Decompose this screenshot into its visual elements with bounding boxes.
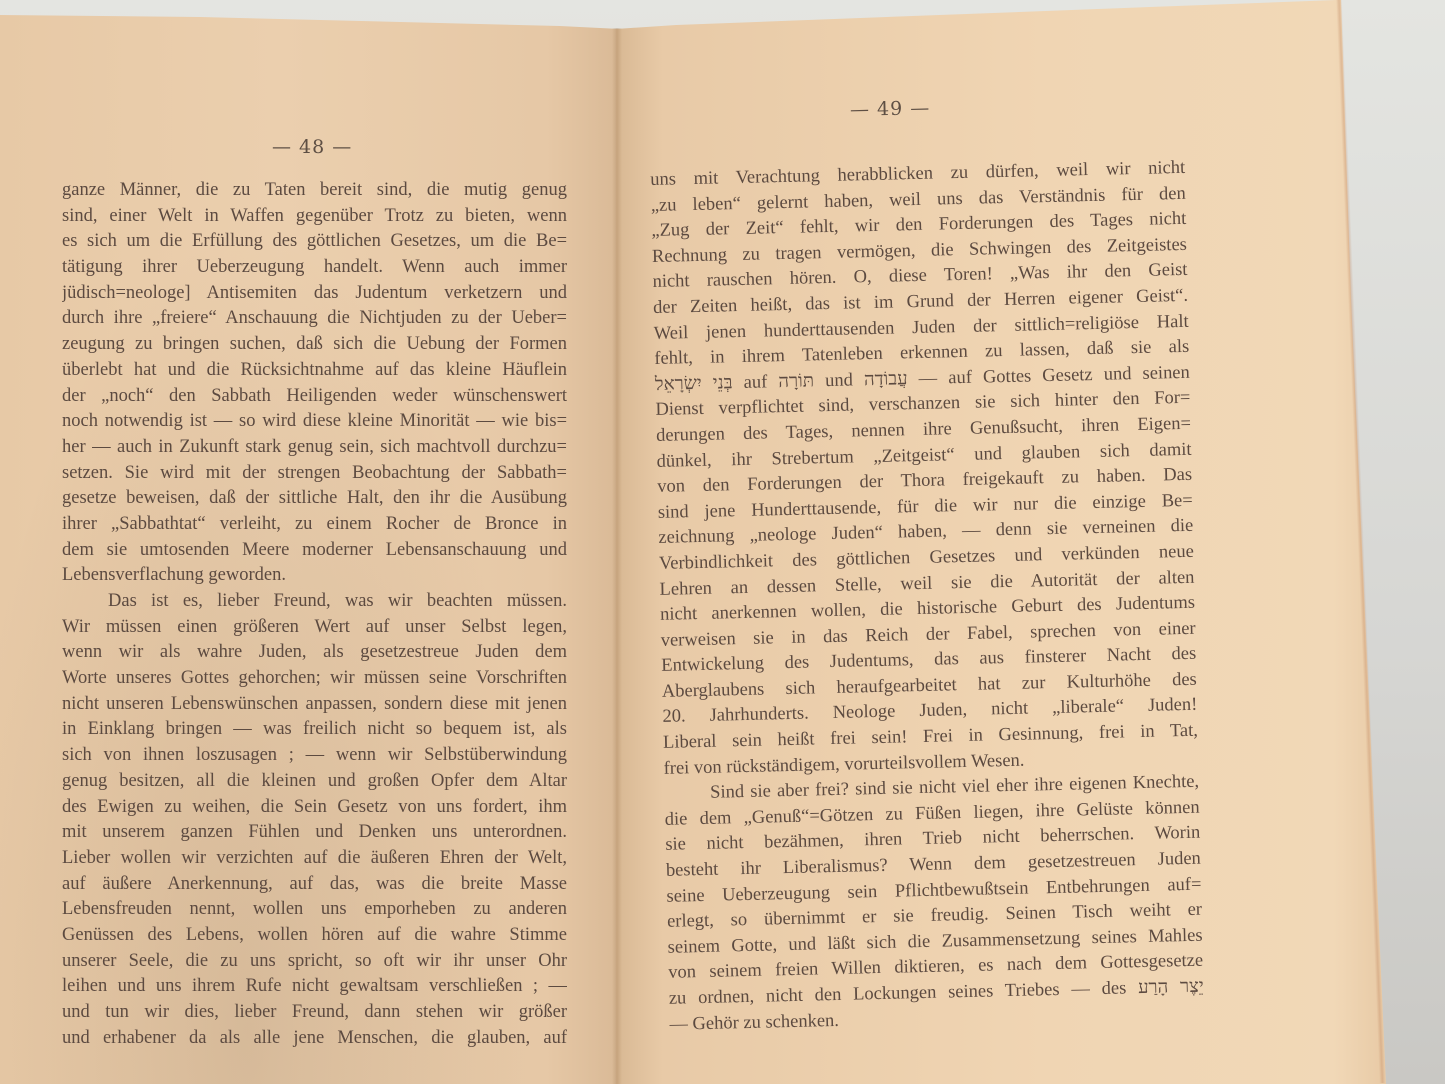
- text-line: genug besitzen, all die kleinen und groß…: [62, 769, 567, 795]
- text-line: und erhabener da als alle jene Menschen,…: [62, 1026, 567, 1052]
- left-page-text: ganze Männer, die zu Taten bereit sind, …: [62, 178, 567, 1051]
- text-line: ganze Männer, die zu Taten bereit sind, …: [62, 178, 567, 204]
- text-line: noch notwendig ist — so wird diese klein…: [62, 409, 567, 435]
- text-line: her — auch in Zukunft stark genug sein, …: [62, 435, 567, 461]
- text-line: der „noch“ den Sabbath Heiligenden weder…: [62, 384, 567, 410]
- text-line: es sich um die Erfüllung des göttlichen …: [62, 229, 567, 255]
- text-line: tätigung ihrer Ueberzeugung handelt. Wen…: [62, 255, 567, 281]
- text-line: Worte unseres Gottes gehorchen; wir müss…: [62, 666, 567, 692]
- text-line: wenn wir als wahre Juden, als gesetzestr…: [62, 640, 567, 666]
- text-line: zeugung zu bringen suchen, daß sich die …: [62, 332, 567, 358]
- page-number-left: — 48 —: [272, 136, 352, 158]
- text-line: Lieber wollen wir verzichten auf die äuß…: [62, 846, 567, 872]
- text-line: dem sie umtosenden Meere moderner Lebens…: [62, 538, 567, 564]
- text-line: setzen. Sie wird mit der strengen Beobac…: [62, 461, 567, 487]
- text-line: Lebensverflachung geworden.: [62, 563, 567, 589]
- text-line: Wir müssen einen größeren Wert auf unser…: [62, 615, 567, 641]
- text-line: gesetze beweisen, daß der sittliche Halt…: [62, 486, 567, 512]
- text-line: nicht unseren Lebenswünschen anpassen, s…: [62, 692, 567, 718]
- text-line: mit unserem ganzen Fühlen und Denken uns…: [62, 820, 567, 846]
- text-line: Genüssen des Lebens, wollen hören auf di…: [62, 923, 567, 949]
- book-spine: [612, 28, 622, 1084]
- text-line: sich von ihnen loszusagen ; — wenn wir S…: [62, 743, 567, 769]
- page-number-right: — 49 —: [850, 97, 931, 121]
- text-line: leihen und uns ihrem Rufe nicht gewaltsa…: [62, 974, 567, 1000]
- text-line: des Ewigen zu weihen, die Sein Gesetz vo…: [62, 795, 567, 821]
- text-line: überlebt hat und die Rücksichtnahme auf …: [62, 358, 567, 384]
- text-line: jüdisch=neologe] Antisemiten das Judentu…: [62, 281, 567, 307]
- text-line: in Einklang bringen — was freilich nicht…: [62, 717, 567, 743]
- text-line: unserer Seele, die zu uns spricht, so of…: [62, 949, 567, 975]
- text-line: und tun wir dies, lieber Freund, dann st…: [62, 1000, 567, 1026]
- text-line: Das ist es, lieber Freund, was wir beach…: [62, 589, 567, 615]
- text-line: auf äußere Anerkennung, auf das, was die…: [62, 872, 567, 898]
- text-line: sind, einer Welt in Waffen gegenüber Tro…: [62, 204, 567, 230]
- text-line: durch ihre „freiere“ Anschauung die Nich…: [62, 306, 567, 332]
- text-line: Lebensfreuden nennt, wollen uns emporheb…: [62, 897, 567, 923]
- text-line: ihrer „Sabbathtat“ verleiht, zu einem Ro…: [62, 512, 567, 538]
- right-page-text: uns mit Verachtung herabblicken zu dürfe…: [650, 156, 1205, 1038]
